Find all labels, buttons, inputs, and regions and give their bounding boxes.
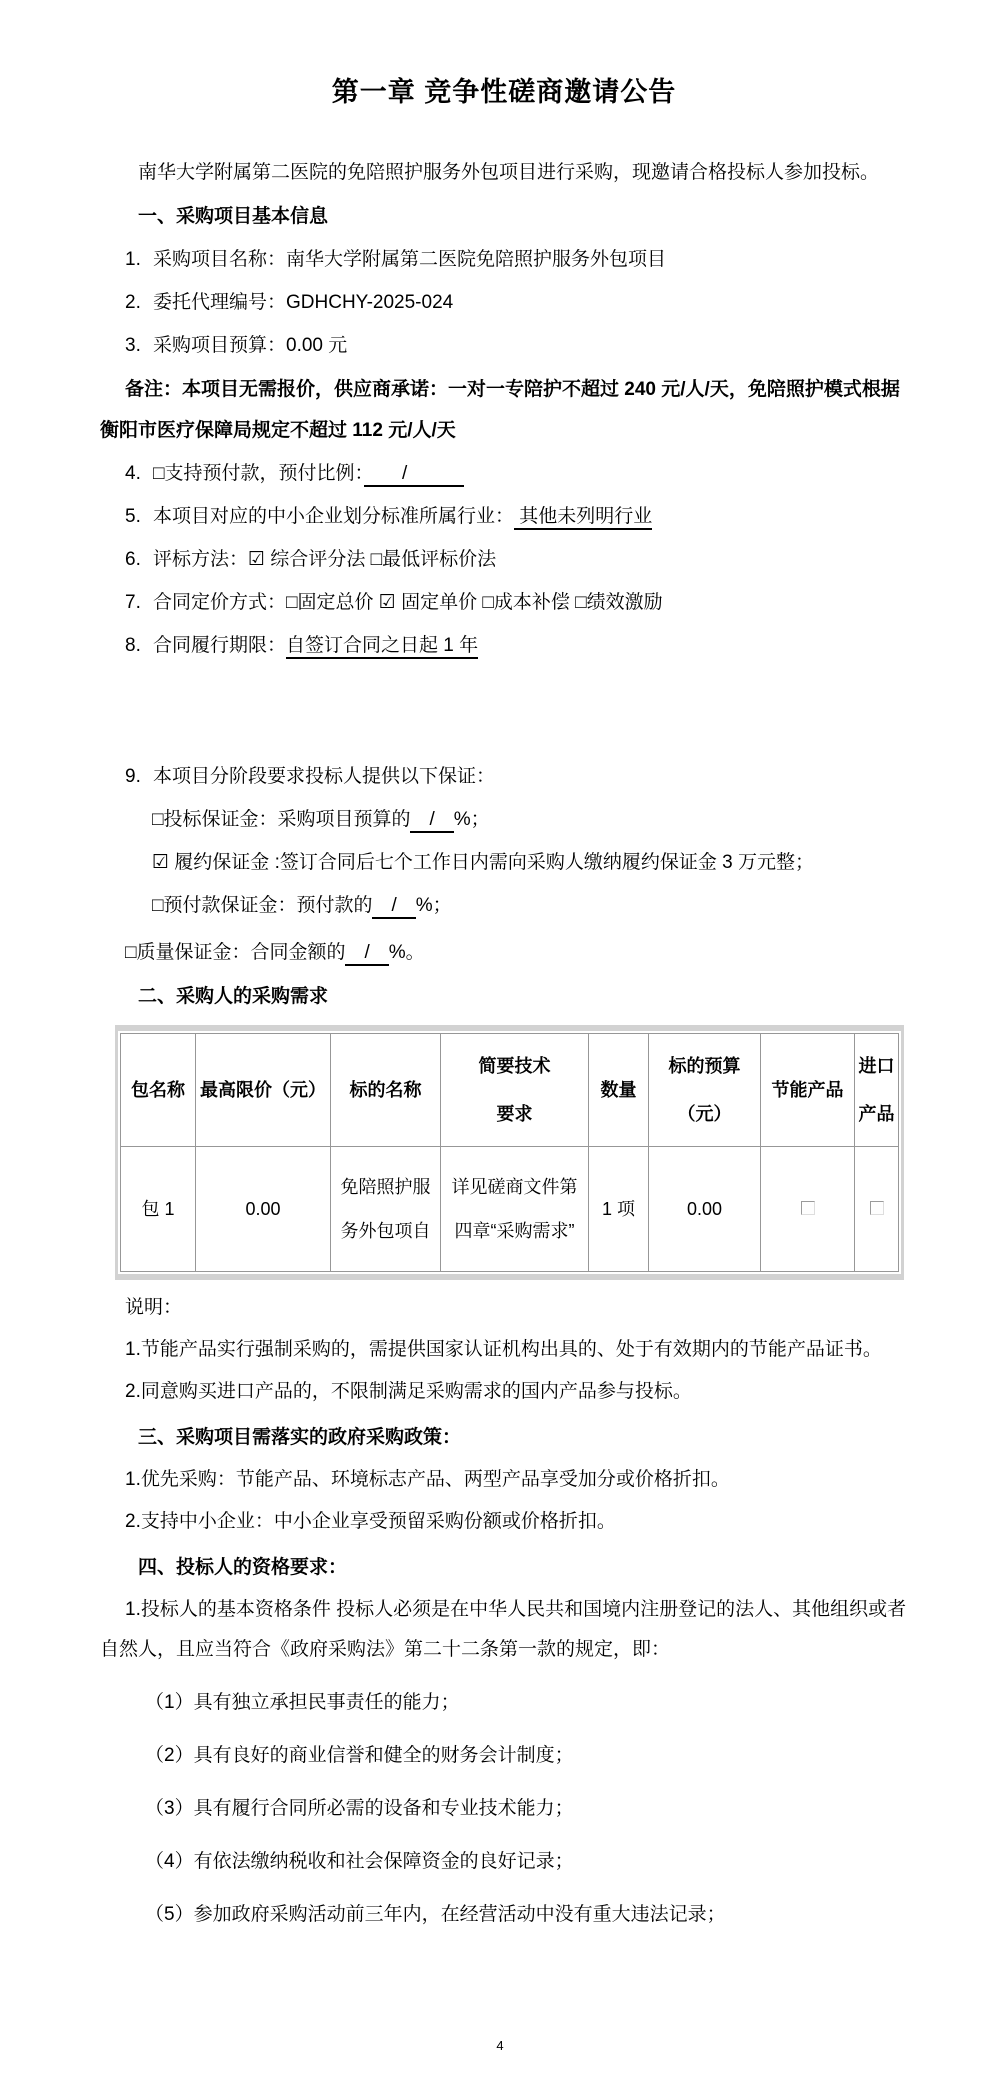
quality-guarantee-line: □质量保证金：合同金额的 / %。 — [100, 932, 908, 973]
item-number: 1. — [125, 239, 153, 280]
bid-guarantee-line: □投标保证金：采购项目预算的 / %； — [100, 799, 908, 840]
cell-max-price: 0.00 — [196, 1147, 331, 1272]
item-number: 3. — [125, 325, 153, 366]
col-header-package: 包名称 — [121, 1034, 196, 1147]
procurement-table: 包名称 最高限价（元） 标的名称 简要技术 要求 数量 标的预算 （元） 节能产… — [115, 1025, 904, 1280]
qualification-item: （2）具有良好的商业信誉和健全的财务会计制度； — [100, 1736, 908, 1776]
col-header-quantity: 数量 — [589, 1034, 649, 1147]
policy-paragraph: 1.优先采购：节能产品、环境标志产品、两型产品享受加分或价格折扣。 — [100, 1460, 908, 1500]
list-item: 5. 本项目对应的中小企业划分标准所属行业： 其他未列明行业 — [100, 496, 908, 537]
item-text: 委托代理编号：GDHCHY-2025-024 — [153, 282, 908, 323]
col-header-tech-requirement: 简要技术 要求 — [441, 1034, 589, 1147]
chapter-title: 第一章 竞争性磋商邀请公告 — [100, 72, 908, 112]
qualification-item: （1）具有独立承担民事责任的能力； — [100, 1683, 908, 1723]
list-item: 2. 委托代理编号：GDHCHY-2025-024 — [100, 282, 908, 323]
notes-heading: 说明： — [100, 1288, 908, 1328]
item-text: 本项目对应的中小企业划分标准所属行业： 其他未列明行业 — [153, 496, 908, 537]
note-paragraph: 1.节能产品实行强制采购的，需提供国家认证机构出具的、处于有效期内的节能产品证书… — [100, 1330, 908, 1370]
cell-package: 包 1 — [121, 1147, 196, 1272]
document-page: 第一章 竞争性磋商邀请公告 南华大学附属第二医院的免陪照护服务外包项目进行采购，… — [0, 0, 1000, 2090]
list-item: 6. 评标方法：☑ 综合评分法 □最低评标价法 — [100, 539, 908, 580]
list-item: 1. 采购项目名称：南华大学附属第二医院免陪照护服务外包项目 — [100, 239, 908, 280]
qualification-item: （3）具有履行合同所必需的设备和专业技术能力； — [100, 1789, 908, 1829]
qualification-intro-paragraph: 1.投标人的基本资格条件 投标人必须是在中华人民共和国境内注册登记的法人、其他组… — [100, 1590, 908, 1670]
cell-subject-name: 免陪照护服 务外包项自 — [331, 1147, 441, 1272]
list-item: 7. 合同定价方式：□固定总价 ☑ 固定单价 □成本补偿 □绩效激励 — [100, 582, 908, 623]
qualification-item: （4）有依法缴纳税收和社会保障资金的良好记录； — [100, 1842, 908, 1882]
col-header-budget: 标的预算 （元） — [649, 1034, 761, 1147]
remark-paragraph: 备注：本项目无需报价，供应商承诺：一对一专陪护不超过 240 元/人/天，免陪照… — [100, 369, 908, 451]
import-product-checkbox[interactable] — [870, 1201, 884, 1215]
section2-heading: 二、采购人的采购需求 — [100, 977, 908, 1017]
cell-energy-product — [761, 1147, 855, 1272]
col-header-subject-name: 标的名称 — [331, 1034, 441, 1147]
item-text: 采购项目预算：0.00 元 — [153, 325, 908, 366]
qualification-item: （5）参加政府采购活动前三年内，在经营活动中没有重大违法记录； — [100, 1895, 908, 1935]
cell-budget: 0.00 — [649, 1147, 761, 1272]
page-number: 4 — [0, 2038, 1000, 2053]
table-row: 包 1 0.00 免陪照护服 务外包项自 详见磋商文件第 四章“采购需求” 1 … — [121, 1147, 899, 1272]
cell-tech-requirement: 详见磋商文件第 四章“采购需求” — [441, 1147, 589, 1272]
item-number: 8. — [125, 625, 153, 666]
col-header-max-price: 最高限价（元） — [196, 1034, 331, 1147]
item-text: 合同履行期限：自签订合同之日起 1 年 — [153, 625, 908, 666]
performance-guarantee-line: ☑ 履约保证金 :签订合同后七个工作日内需向采购人缴纳履约保证金 3 万元整； — [100, 842, 908, 883]
prepayment-guarantee-line: □预付款保证金：预付款的 / %； — [100, 885, 908, 926]
note-paragraph: 2.同意购买进口产品的，不限制满足采购需求的国内产品参与投标。 — [100, 1372, 908, 1412]
col-header-energy-product: 节能产品 — [761, 1034, 855, 1147]
item-number: 9. — [125, 756, 153, 797]
cell-import-product — [855, 1147, 899, 1272]
list-item: 8. 合同履行期限：自签订合同之日起 1 年 — [100, 625, 908, 666]
item-text: 采购项目名称：南华大学附属第二医院免陪照护服务外包项目 — [153, 239, 908, 280]
item-number: 5. — [125, 496, 153, 537]
section1-heading: 一、采购项目基本信息 — [100, 197, 908, 237]
item-text: 合同定价方式：□固定总价 ☑ 固定单价 □成本补偿 □绩效激励 — [153, 582, 908, 623]
intro-paragraph: 南华大学附属第二医院的免陪照护服务外包项目进行采购，现邀请合格投标人参加投标。 — [100, 152, 908, 193]
item-number: 2. — [125, 282, 153, 323]
item-number: 7. — [125, 582, 153, 623]
section3-heading: 三、采购项目需落实的政府采购政策： — [100, 1418, 908, 1458]
energy-product-checkbox[interactable] — [801, 1201, 815, 1215]
list-item: 3. 采购项目预算：0.00 元 — [100, 325, 908, 366]
cell-quantity: 1 项 — [589, 1147, 649, 1272]
col-header-import-product: 进口 产品 — [855, 1034, 899, 1147]
item-text: 本项目分阶段要求投标人提供以下保证： — [153, 756, 908, 797]
item-text: □支持预付款，预付比例： / — [153, 453, 908, 494]
section4-heading: 四、投标人的资格要求： — [100, 1548, 908, 1588]
item-number: 6. — [125, 539, 153, 580]
policy-paragraph: 2.支持中小企业：中小企业享受预留采购份额或价格折扣。 — [100, 1502, 908, 1542]
table-header-row: 包名称 最高限价（元） 标的名称 简要技术 要求 数量 标的预算 （元） 节能产… — [121, 1034, 899, 1147]
item-text: 评标方法：☑ 综合评分法 □最低评标价法 — [153, 539, 908, 580]
list-item: 4. □支持预付款，预付比例： / — [100, 453, 908, 494]
item-number: 4. — [125, 453, 153, 494]
list-item: 9. 本项目分阶段要求投标人提供以下保证： — [100, 756, 908, 797]
